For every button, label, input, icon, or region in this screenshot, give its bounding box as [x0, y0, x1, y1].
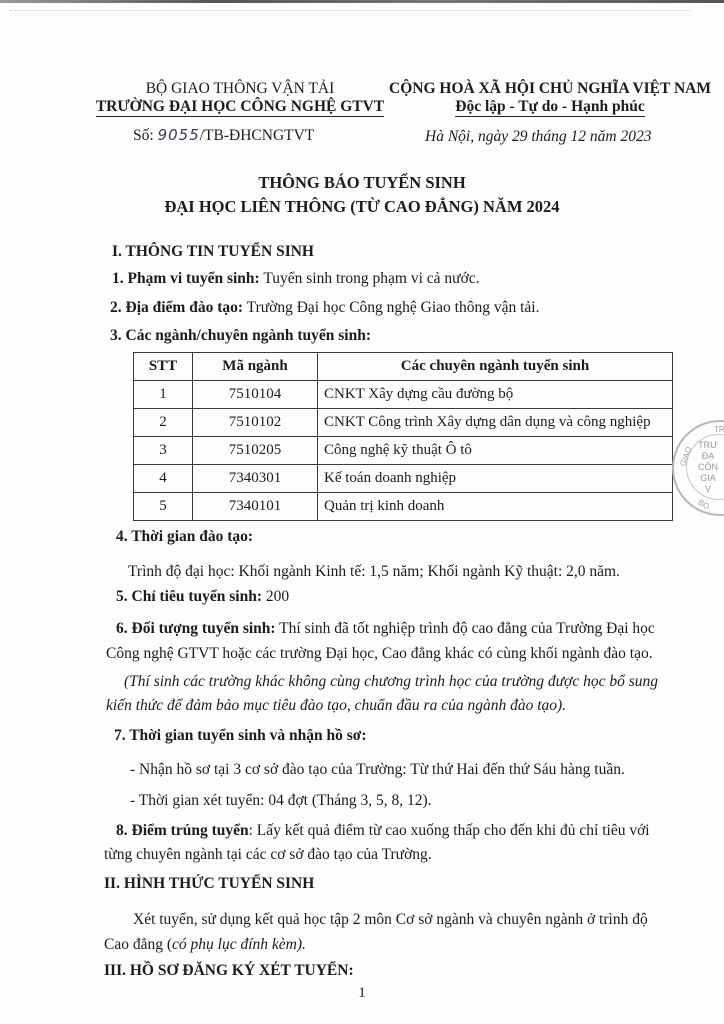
item-2: 2. Địa điểm đào tạo: Trường Đại học Công… — [110, 299, 539, 317]
ministry-name: BỘ GIAO THÔNG VẬN TẢI — [90, 80, 390, 98]
item-6: 6. Đối tượng tuyển sinh: Thí sinh đã tốt… — [116, 620, 655, 638]
item-8: 8. Điểm trúng tuyển: Lấy kết quả điểm từ… — [116, 822, 650, 840]
official-stamp: TR GIAO BO TRƯ ĐẠ CÔN GIA V — [672, 420, 724, 516]
item-1-text: Tuyển sinh trong phạm vi cả nước. — [260, 270, 480, 287]
item-7: 7. Thời gian tuyển sinh và nhận hồ sơ: — [114, 727, 367, 745]
col-header-stt: STT — [134, 353, 193, 381]
item-1: 1. Phạm vi tuyển sinh: Tuyển sinh trong … — [112, 270, 480, 288]
doc-number-handwritten: 9055 — [158, 126, 200, 144]
stamp-text: TRƯ ĐẠ CÔN GIA V — [698, 440, 718, 495]
cell-code: 7340301 — [193, 465, 318, 493]
cell-major: Quản trị kinh doanh — [318, 493, 673, 521]
date-place: Hà Nội, ngày 29 tháng 12 năm 2023 — [425, 128, 651, 146]
item-4: 4. Thời gian đào tạo: — [116, 528, 253, 546]
document-subtitle: ĐẠI HỌC LIÊN THÔNG (TỪ CAO ĐẲNG) NĂM 202… — [0, 197, 724, 217]
table-row: 3 7510205 Công nghệ kỹ thuật Ô tô — [134, 437, 673, 465]
section-3-heading: III. HỒ SƠ ĐĂNG KÝ XÉT TUYỂN: — [104, 962, 354, 980]
cell-stt: 1 — [134, 381, 193, 409]
item-2-label: 2. Địa điểm đào tạo: — [110, 299, 243, 316]
majors-table: STT Mã ngành Các chuyên ngành tuyển sinh… — [133, 352, 673, 521]
item-6-line2: Công nghệ GTVT hoặc các trường Đại học, … — [106, 645, 653, 663]
table-row: 2 7510102 CNKT Công trình Xây dựng dân d… — [134, 409, 673, 437]
cell-stt: 5 — [134, 493, 193, 521]
doc-number-label: Số: — [133, 127, 154, 144]
item-3-label: 3. Các ngành/chuyên ngành tuyển sinh: — [110, 327, 371, 344]
cell-major: CNKT Xây dựng cầu đường bộ — [318, 381, 673, 409]
stamp-ring-top: TR — [714, 425, 724, 434]
national-motto: Độc lập - Tự do - Hạnh phúc — [455, 98, 644, 117]
table-row: 4 7340301 Kế toán doanh nghiệp — [134, 465, 673, 493]
cell-major: CNKT Công trình Xây dựng dân dụng và côn… — [318, 409, 673, 437]
item-8-line2: từng chuyên ngành tại các cơ sở đào tạo … — [104, 846, 432, 864]
cell-code: 7510104 — [193, 381, 318, 409]
item-7-bullet-2: - Thời gian xét tuyển: 04 đợt (Tháng 3, … — [130, 792, 432, 810]
cell-stt: 3 — [134, 437, 193, 465]
item-6-label: 6. Đối tượng tuyển sinh: — [116, 620, 276, 637]
col-header-code: Mã ngành — [193, 353, 318, 381]
cell-major: Công nghệ kỹ thuật Ô tô — [318, 437, 673, 465]
item-5-text: 200 — [262, 588, 289, 605]
doc-number-suffix: /TB-ĐHCNGTVT — [200, 127, 315, 144]
stamp-ring-bottom: BO — [697, 498, 712, 512]
cell-stt: 4 — [134, 465, 193, 493]
item-7-bullet-1: - Nhận hồ sơ tại 3 cơ sở đào tạo của Trư… — [130, 761, 625, 779]
scan-edge — [0, 0, 724, 3]
section-1-heading: I. THÔNG TIN TUYỂN SINH — [112, 243, 314, 261]
col-header-major: Các chuyên ngành tuyển sinh — [318, 353, 673, 381]
item-4-label: 4. Thời gian đào tạo: — [116, 528, 253, 545]
cell-code: 7340101 — [193, 493, 318, 521]
page-number: 1 — [0, 985, 724, 1002]
document-title: THÔNG BÁO TUYỂN SINH — [0, 173, 724, 193]
section-2-text-line2: Cao đẳng (có phụ lục đính kèm). — [104, 936, 306, 954]
cell-code: 7510205 — [193, 437, 318, 465]
section-2-text-line1: Xét tuyển, sử dụng kết quả học tập 2 môn… — [133, 911, 648, 929]
cell-stt: 2 — [134, 409, 193, 437]
cell-code: 7510102 — [193, 409, 318, 437]
item-4-text: Trình độ đại học: Khối ngành Kinh tế: 1,… — [128, 563, 620, 581]
item-5-label: 5. Chỉ tiêu tuyển sinh: — [116, 588, 262, 605]
item-7-label: 7. Thời gian tuyển sinh và nhận hồ sơ: — [114, 727, 367, 744]
item-1-label: 1. Phạm vi tuyển sinh: — [112, 270, 260, 287]
school-name: TRƯỜNG ĐẠI HỌC CÔNG NGHỆ GTVT — [96, 98, 384, 117]
nation-name: CỘNG HOÀ XÃ HỘI CHỦ NGHĨA VIỆT NAM — [385, 80, 715, 98]
item-8-label: 8. Điểm trúng tuyển — [116, 822, 249, 839]
item-2-text: Trường Đại học Công nghệ Giao thông vận … — [243, 299, 539, 316]
item-5: 5. Chỉ tiêu tuyển sinh: 200 — [116, 588, 289, 606]
document-number: Số: 9055/TB-ĐHCNGTVT — [133, 126, 314, 145]
cell-major: Kế toán doanh nghiệp — [318, 465, 673, 493]
table-row: 1 7510104 CNKT Xây dựng cầu đường bộ — [134, 381, 673, 409]
national-header: CỘNG HOÀ XÃ HỘI CHỦ NGHĨA VIỆT NAM Độc l… — [385, 80, 715, 116]
issuer-block: BỘ GIAO THÔNG VẬN TẢI TRƯỜNG ĐẠI HỌC CÔN… — [90, 80, 390, 116]
item-3: 3. Các ngành/chuyên ngành tuyển sinh: — [110, 327, 371, 345]
table-row: 5 7340101 Quản trị kinh doanh — [134, 493, 673, 521]
scan-artifact — [10, 10, 690, 12]
item-6-note-line1: (Thí sinh các trường khác không cùng chư… — [124, 673, 658, 691]
item-6-note-line2: kiến thức để đảm bảo mục tiêu đào tạo, c… — [106, 697, 566, 715]
table-header-row: STT Mã ngành Các chuyên ngành tuyển sinh — [134, 353, 673, 381]
section-2-heading: II. HÌNH THỨC TUYỂN SINH — [104, 875, 314, 893]
